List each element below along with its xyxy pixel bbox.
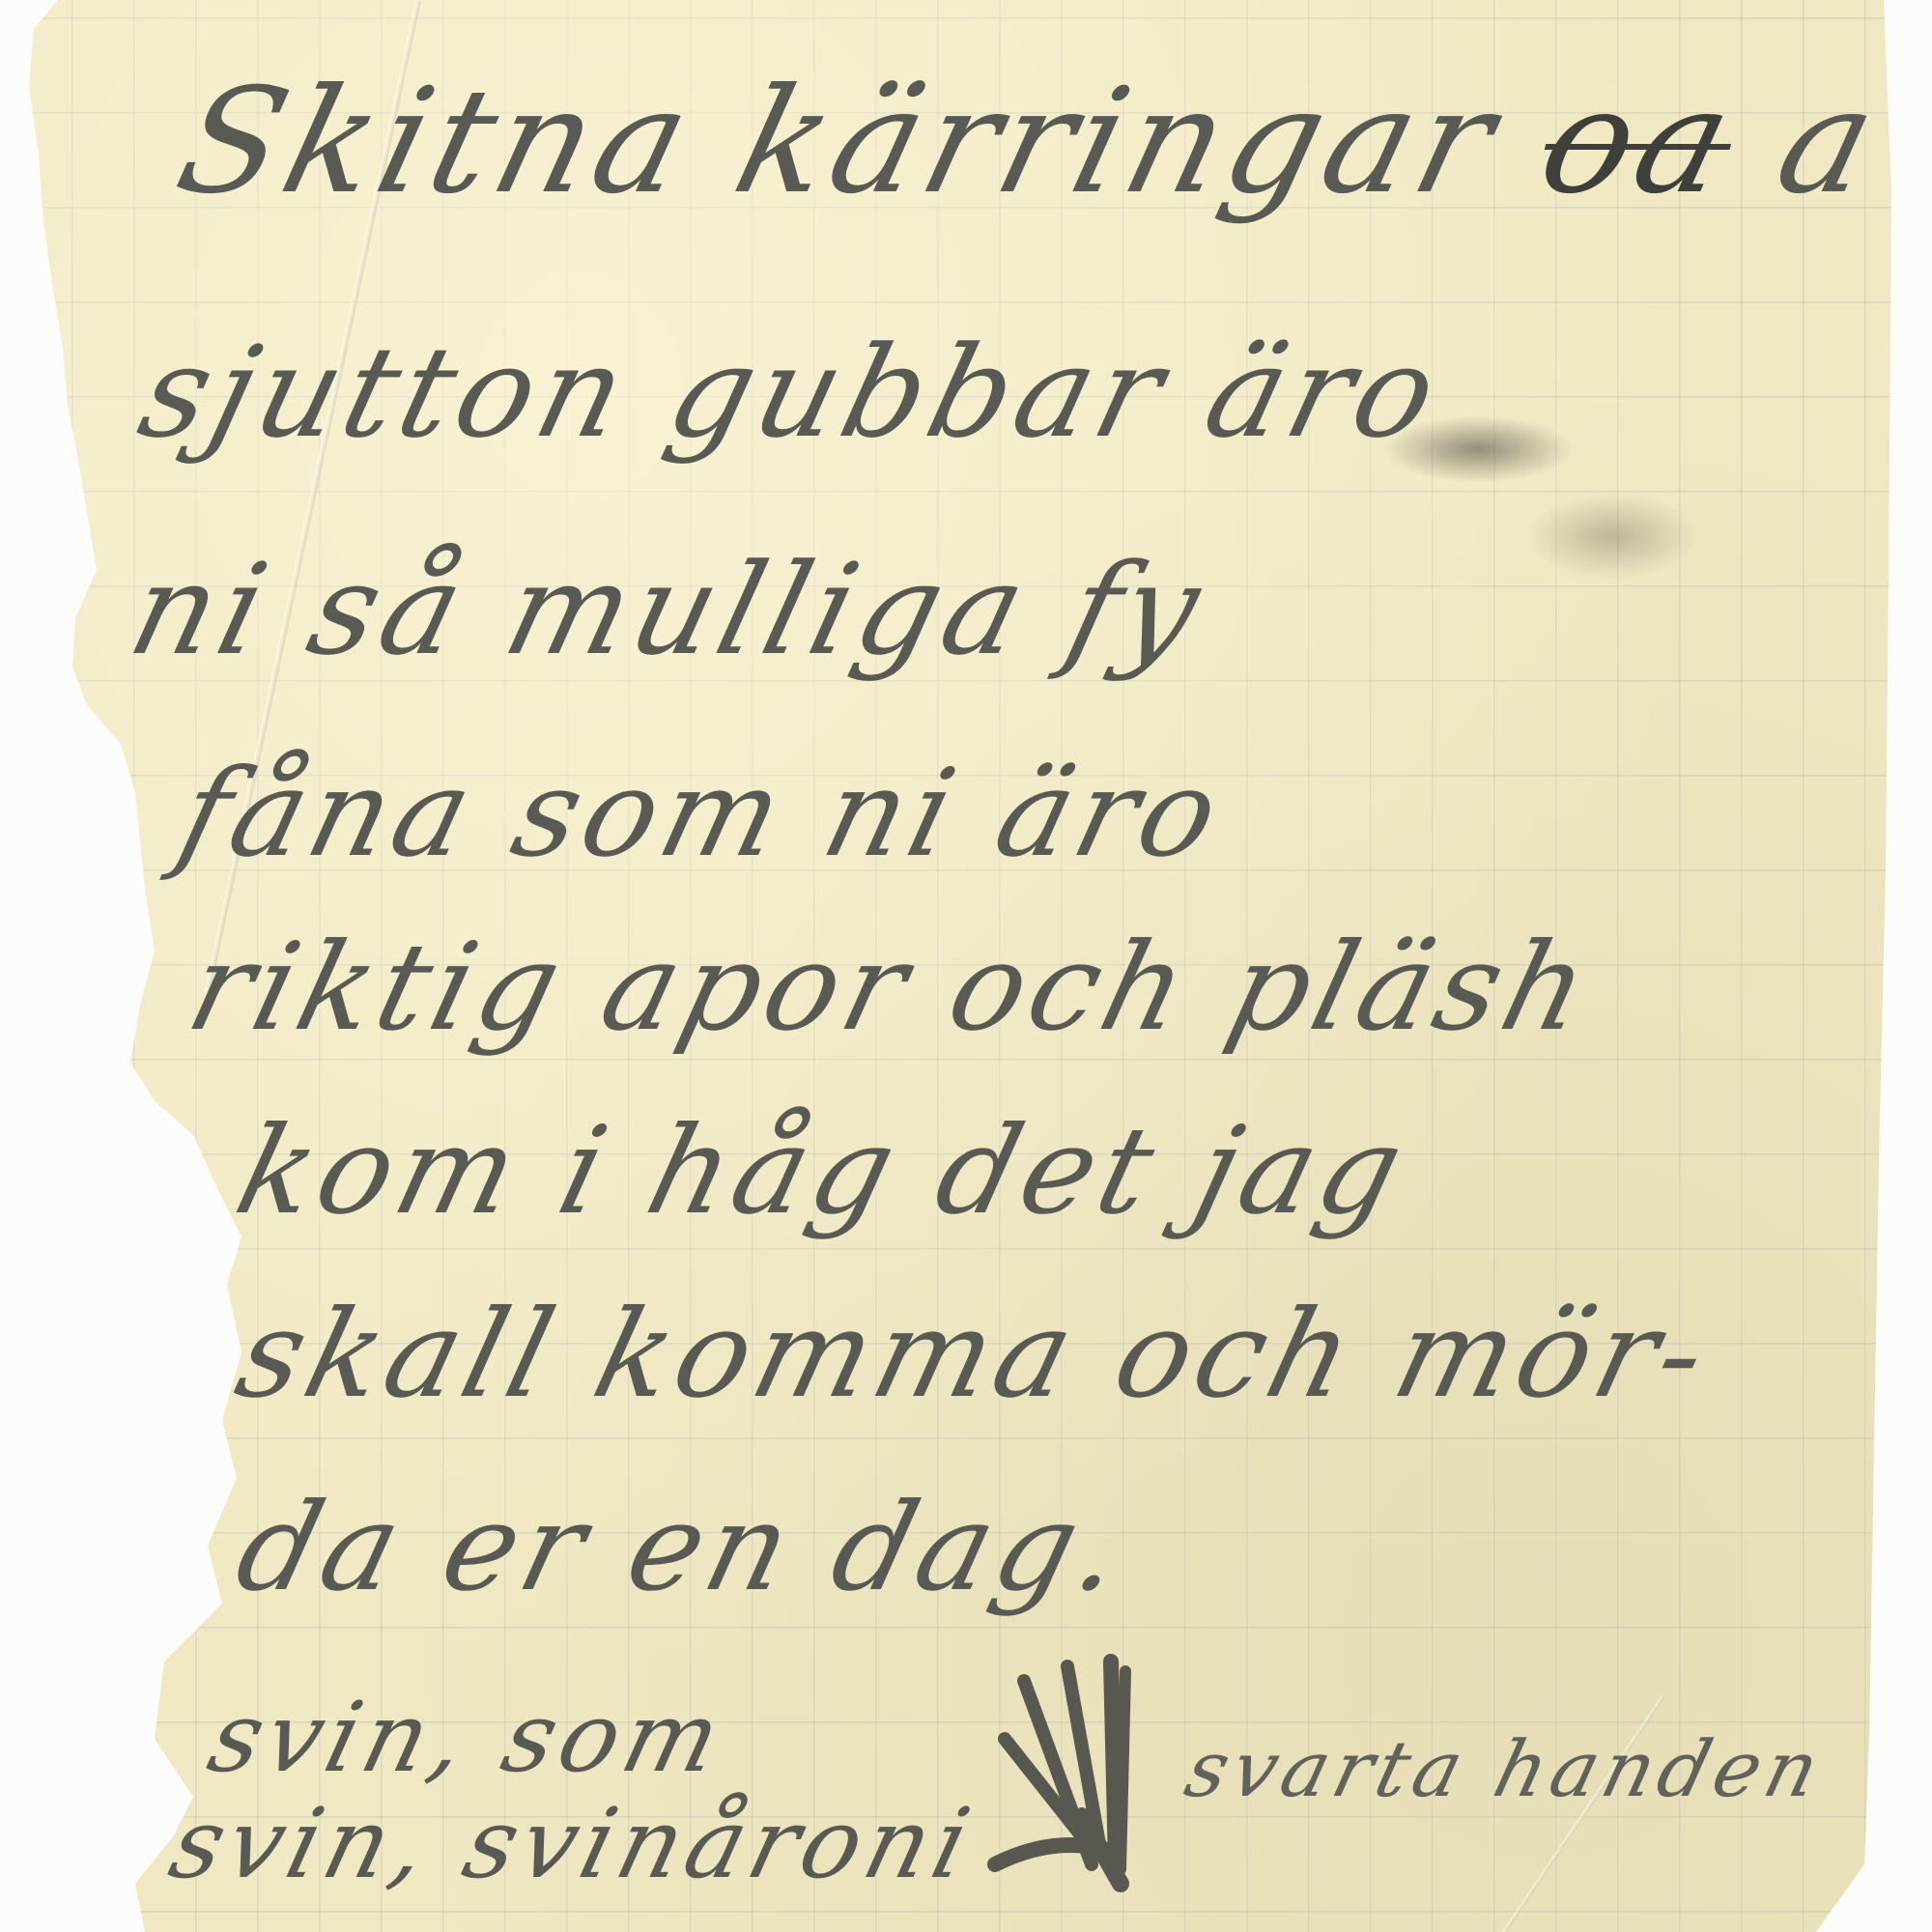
handwritten-line-6: kom i håg det jag <box>224 1101 1421 1241</box>
handwritten-line-8: da er en dag. <box>224 1478 1142 1618</box>
pencil-smudge <box>1526 493 1700 580</box>
handwritten-line-9: svin, som <box>198 1681 736 1794</box>
handwritten-line-2: sjutton gubbar äro <box>127 319 1457 466</box>
handwritten-line-1: Skitna kärringar oa a <box>162 58 1896 226</box>
line-text: Skitna kärringar <box>162 58 1515 226</box>
handwritten-line-4: fåna som ni äro <box>166 744 1237 884</box>
scanned-page: Skitna kärringar oa a sjutton gubbar äro… <box>0 0 1932 1932</box>
signature-text: svarta handen <box>1177 1724 1833 1814</box>
handwritten-line-7: skall komma och mör- <box>224 1285 1725 1425</box>
black-hand-icon <box>976 1642 1150 1893</box>
handwritten-line-10: svin, svinåroni <box>159 1787 985 1900</box>
handwritten-line-3: ni så mulliga fy <box>117 536 1219 683</box>
handwritten-line-5: riktig apor och pläsh <box>176 918 1607 1058</box>
